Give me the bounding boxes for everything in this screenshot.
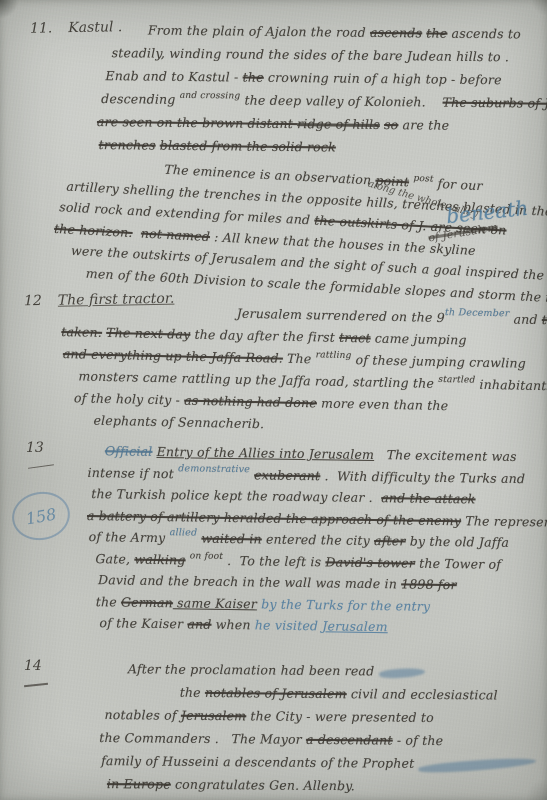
pencil-text: th December	[445, 307, 510, 319]
ink-text: Gate,	[95, 551, 134, 567]
struck-ink-text: are seen on the brown distant	[97, 114, 297, 131]
ink-text: the Commanders . The Mayor	[99, 730, 306, 747]
ink-text: Enab and to Kastul -	[105, 68, 242, 84]
section-12-number: 12	[24, 293, 42, 309]
struck-ink-text: walking	[134, 551, 185, 567]
manuscript-line: trenches blasted from the solid rock	[97, 137, 545, 165]
pencil-text: he visited	[255, 617, 323, 633]
struck-ink-text: The next day	[106, 325, 190, 342]
ink-text: Jerusalem surrendered on the 9	[237, 306, 445, 325]
struck-ink-text: after	[374, 533, 406, 548]
ink-text: rattling	[316, 350, 352, 361]
struck-ink-text: David's tower	[325, 554, 415, 570]
ink-text: the	[180, 685, 205, 700]
ink-text: elephants of Sennacherib.	[93, 413, 264, 432]
section-14-heading: 14	[24, 658, 46, 674]
ink-text: the Turkish police kept the roadway clea…	[91, 486, 381, 505]
ink-text: of the Army	[89, 529, 170, 545]
section-13-paragraph: Official Entry of the Allies into Jerusa…	[85, 443, 540, 643]
struck-ink-text: tract	[339, 330, 371, 346]
ink-text: post	[413, 174, 434, 185]
struck-ink-text: taken.	[61, 324, 102, 340]
ink-text: . To the left is	[223, 552, 326, 568]
manuscript-line: in Europe congratulates Gen. Allenby.	[97, 776, 535, 800]
ink-text: After the proclamation had been read	[128, 661, 379, 678]
struck-ink-text: ridge of hills	[297, 116, 380, 132]
ink-text: the City - were presented to	[246, 708, 434, 725]
pencil-text: demonstrative	[178, 463, 250, 475]
struck-ink-text: and	[187, 616, 211, 631]
ink-text: descending	[101, 91, 180, 107]
ink-text: the deep valley of Kolonieh.	[240, 92, 442, 109]
section-13-heading: 13	[26, 440, 48, 456]
ink-text: inhabitants	[475, 377, 547, 394]
ink-text: David and the breach in the wall was mad…	[98, 572, 401, 591]
struck-ink-text: exuberant	[254, 467, 320, 483]
pencil-text: Jerusalem	[322, 618, 388, 634]
ink-text: family of Husseini a descendants of the …	[101, 753, 419, 771]
ink-text: The excitement was	[374, 447, 517, 464]
section-11-paragraph-1: From the plain of Ajalon the road ascend…	[97, 22, 546, 165]
ink-text: by the old Jaffa	[405, 533, 509, 549]
struck-ink-text: the	[426, 25, 447, 40]
struck-ink-text: and everything up the Jaffa Road.	[63, 346, 283, 366]
struck-ink-text: as nothing had done	[184, 393, 317, 411]
section-13-number: 13	[26, 440, 44, 456]
ink-text: Entry of the Allies into Jerusalem	[157, 444, 375, 462]
section-11-number: 11.	[30, 20, 53, 36]
ink-text: and crossing	[180, 91, 241, 102]
ink-text: notables of	[104, 707, 181, 723]
ink-text: civil and ecclesiastical	[347, 686, 498, 702]
ink-text: for our	[433, 176, 483, 194]
struck-ink-text: the forts were	[542, 312, 547, 329]
ink-text: the	[96, 594, 121, 609]
margin-page-number: 158	[24, 504, 57, 528]
pencil-text: allied	[170, 527, 198, 538]
pencil-text: by the Turks for the entry	[261, 596, 430, 613]
ink-text: The representatives	[461, 513, 547, 530]
struck-ink-text: The suburbs of Jerusalem	[443, 95, 547, 112]
ink-text: ascends to	[447, 26, 521, 42]
struck-ink-text: in Europe	[107, 776, 171, 792]
ink-text: when	[211, 617, 255, 633]
ink-text: entered the city	[262, 531, 374, 548]
ink-text: From the plain of Ajalon the road	[148, 23, 370, 40]
struck-ink-text: the	[243, 70, 264, 85]
ink-text: crowning ruin of a high top - before	[264, 70, 502, 87]
section-12-paragraph: Jerusalem surrendered on the 9th Decembe…	[59, 302, 537, 444]
ink-text: . With difficulty the Turks and	[320, 468, 525, 486]
ink-text: steadily, winding round the sides of the…	[112, 45, 510, 64]
ink-text: came jumping	[370, 330, 466, 347]
section-14-number: 14	[24, 658, 42, 674]
struck-ink-text: trenches	[99, 137, 156, 153]
section-14-paragraph: After the proclamation had been read the…	[97, 661, 536, 800]
pencil-scribble	[418, 756, 536, 775]
ink-text: of the Kaiser	[99, 615, 187, 631]
ink-text: the Tower of	[415, 555, 501, 571]
struck-ink-text: a descendant	[306, 732, 393, 748]
pencil-text: Official	[105, 443, 153, 459]
ink-text: on foot	[190, 551, 223, 561]
pencil-scribble	[378, 667, 425, 680]
ink-text: congratulates Gen. Allenby.	[171, 777, 355, 794]
margin-page-number-circle: 158	[8, 487, 73, 544]
ink-text: startled	[438, 375, 475, 386]
struck-ink-text: ascends	[370, 25, 422, 41]
manuscript-photo: 11.Kastul . From the plain of Ajalon the…	[0, 0, 547, 800]
struck-ink-text: 1898 for	[401, 576, 457, 592]
struck-ink-text: notables of Jerusalem	[205, 685, 347, 701]
struck-ink-text: Jerusalem	[181, 708, 246, 724]
ink-text: are the	[398, 117, 449, 133]
ink-text: same Kaiser	[173, 595, 257, 611]
ink-text: of these jumping crawling	[351, 352, 526, 371]
ink-text: and	[509, 311, 542, 327]
ink-text: The	[283, 351, 316, 367]
struck-ink-text: not named	[141, 225, 211, 244]
struck-ink-text: blasted from the solid rock	[160, 138, 336, 155]
struck-ink-text: waited in	[201, 531, 262, 547]
ink-text: the day after the first	[190, 327, 339, 345]
ink-text: The eminence is an observation	[164, 162, 376, 188]
ink-text: - of the	[393, 733, 444, 748]
ink-text: intense if not	[87, 464, 178, 480]
ink-text: of the holy city -	[74, 390, 185, 407]
struck-ink-text: so	[384, 117, 399, 132]
struck-ink-text: the horizon.	[54, 220, 133, 239]
struck-ink-text: German	[121, 594, 173, 610]
ink-text: more even than the	[317, 395, 449, 413]
struck-ink-text: and the attack	[381, 490, 475, 506]
